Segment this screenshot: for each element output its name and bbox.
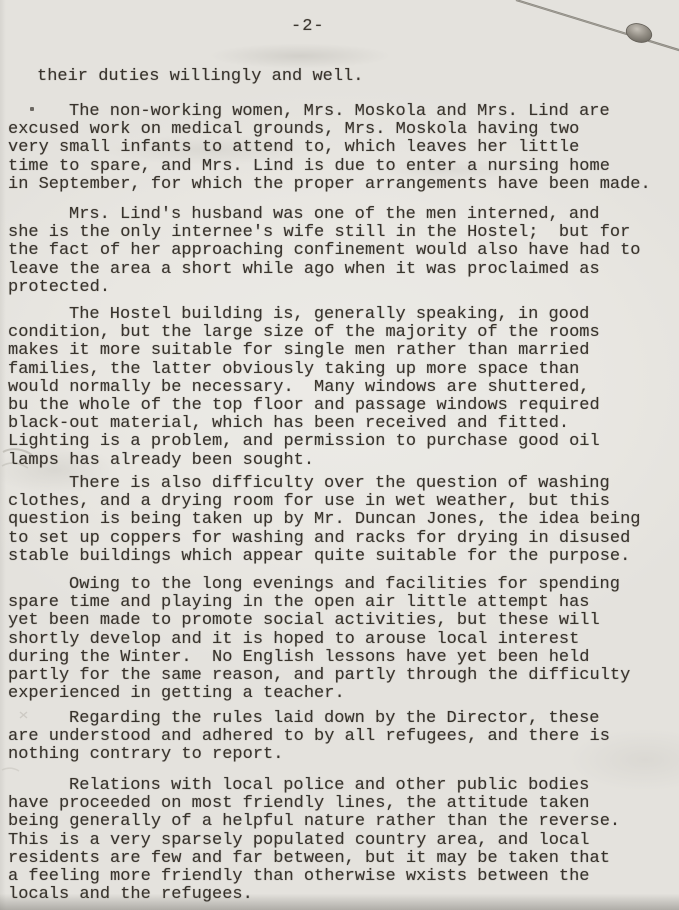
paragraph-relations: Relations with local police and other pu… [8, 777, 673, 904]
page-number: -2- [291, 17, 325, 36]
pencil-smudge [2, 768, 19, 771]
paragraph-hostel-building: The Hostel building is, generally speaki… [8, 306, 673, 470]
paragraph-washing: There is also difficulty over the questi… [8, 475, 673, 566]
paragraph-rules: Regarding the rules laid down by the Dir… [8, 710, 673, 765]
paragraph-social-activities: Owing to the long evenings and facilitie… [8, 576, 673, 703]
document-page: -2- their duties willingly and well. The… [0, 0, 679, 910]
string-bead-icon [624, 21, 654, 46]
paragraph-mrs-lind: Mrs. Lind's husband was one of the men i… [8, 206, 673, 297]
fastener-string-icon [516, 0, 679, 51]
paragraph-nonworking-women: The non-working women, Mrs. Moskola and … [8, 103, 673, 194]
paragraph-continuation: their duties willingly and well. [37, 68, 679, 86]
